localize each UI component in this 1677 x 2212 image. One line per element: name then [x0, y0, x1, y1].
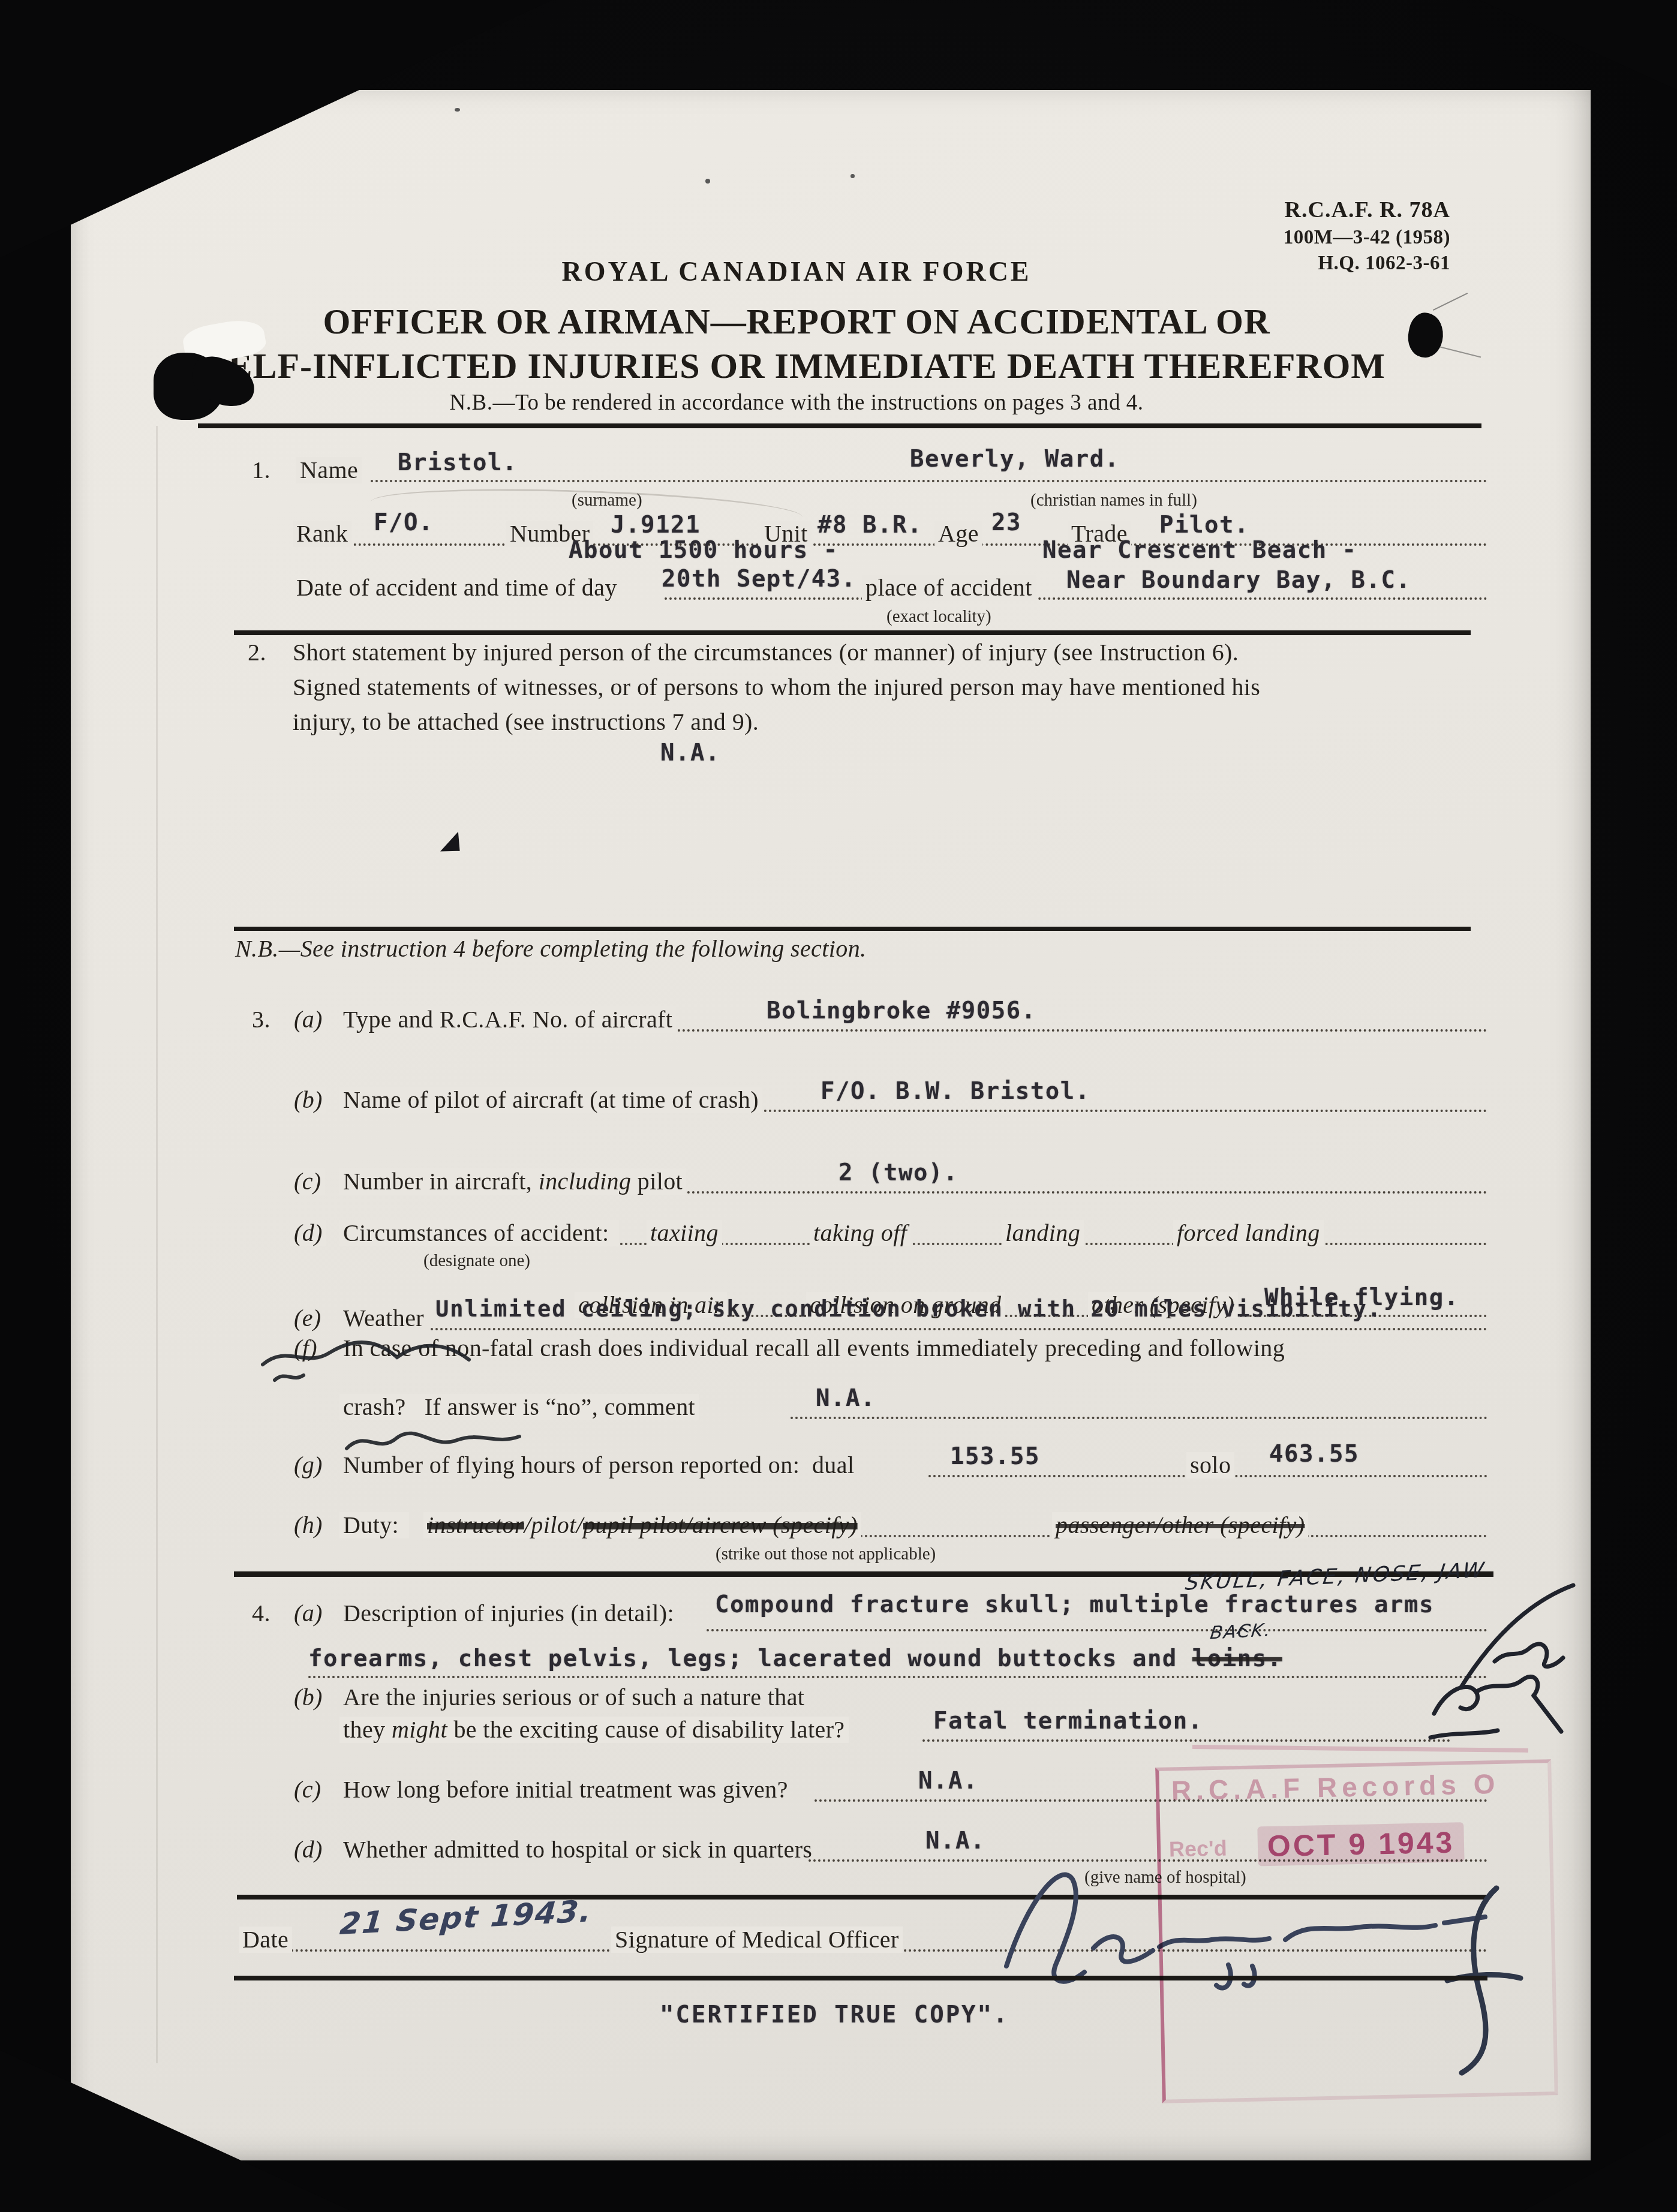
injuries-dotted-line2 [308, 1676, 1487, 1678]
item-h-number: (h) [290, 1512, 326, 1538]
ink-scribble-f [251, 1323, 563, 1478]
serious-question-line1: Are the injuries serious or of such a na… [339, 1684, 808, 1711]
place-value-line2: Near Boundary Bay, B.C. [1066, 569, 1411, 592]
item-b-number: (b) [290, 1684, 326, 1711]
section4-number: 4. [248, 1600, 274, 1627]
trade-value: Pilot. [1159, 513, 1249, 537]
divider-rule [234, 927, 1471, 931]
dual-hours-value: 153.55 [950, 1445, 1040, 1468]
handwritten-date: 21 Sept 1943. [339, 1896, 594, 1939]
item-c-number: (c) [290, 1777, 325, 1803]
scanned-document: R.C.A.F. R. 78A 100M—3-42 (1958) H.Q. 10… [0, 0, 1677, 2212]
item-d-number: (d) [290, 1220, 326, 1246]
comment-value: N.A. [816, 1387, 876, 1410]
serious-dotted-line [922, 1739, 1450, 1742]
pilot-name-label: Name of pilot of aircraft (at time of cr… [339, 1087, 762, 1113]
duty-option-passenger-struck: passenger/other (specify) [1052, 1512, 1308, 1538]
injuries-dotted-line1 [707, 1629, 1487, 1631]
rcaf-records-stamp: R.C.A.F Records O Rec'd OCT 9 1943 [1155, 1759, 1558, 2103]
label-part-italic: including [539, 1168, 632, 1195]
place-of-accident-label: place of accident [862, 575, 1036, 601]
injuries-value-line2-text: forearms, chest pelvis, legs; lacerated … [308, 1645, 1192, 1672]
loins-struck-out: loins. [1192, 1645, 1282, 1672]
forced-landing-option: forced landing [1173, 1220, 1324, 1246]
circumstances-label: Circumstances of accident: [339, 1220, 619, 1246]
label-part: Number in aircraft, [343, 1168, 539, 1195]
org-title: ROYAL CANADIAN AIR FORCE [71, 256, 1522, 287]
ink-scribble-margin-2 [1423, 1658, 1585, 1760]
label-part: they [343, 1716, 392, 1743]
designate-one-caption: (designate one) [423, 1251, 530, 1271]
weather-value: Unlimited ceiling; sky condition broken … [435, 1298, 1382, 1320]
unit-value: #8 B.R. [818, 513, 922, 537]
aircraft-type-label: Type and R.C.A.F. No. of aircraft [339, 1006, 676, 1033]
date-label: Date [239, 1927, 292, 1953]
item-a-number: (a) [290, 1006, 326, 1033]
item-d-number: (d) [290, 1837, 326, 1863]
stamp-received-date: OCT 9 1943 [1257, 1822, 1465, 1866]
paper-speck [705, 179, 710, 184]
hospital-question: Whether admitted to hospital or sick in … [339, 1837, 816, 1863]
injuries-label: Description of injuries (in detail): [339, 1600, 678, 1627]
stamp-received-label: Rec'd [1169, 1836, 1227, 1862]
solo-label: solo [1186, 1452, 1234, 1478]
label-part: pilot [631, 1168, 683, 1195]
treatment-question: How long before initial treatment was gi… [339, 1777, 792, 1803]
header-nb-note: N.B.—To be rendered in accordance with t… [71, 390, 1522, 416]
number-in-aircraft-label: Number in aircraft, including pilot [339, 1168, 686, 1195]
section3-nb-note: N.B.—See instruction 4 before completing… [232, 936, 870, 962]
date-of-accident-value: 20th Sept/43. [662, 567, 856, 591]
section3-number: 3. [248, 1006, 274, 1033]
form-title-line2: SELF-INFLICTED INJURIES OR IMMEDIATE DEA… [71, 345, 1522, 387]
christian-names-value: Beverly, Ward. [910, 447, 1120, 471]
injuries-value-line2: forearms, chest pelvis, legs; lacerated … [308, 1647, 1282, 1670]
pilot-name-value: F/O. B.W. Bristol. [821, 1080, 1090, 1103]
duty-options: instructor/pilot/pupil pilot/aircrew (sp… [423, 1512, 861, 1538]
taking-off-option: taking off [810, 1220, 910, 1246]
strike-out-caption: (strike out those not applicable) [716, 1544, 936, 1564]
pencil-smudge [370, 483, 803, 536]
christian-names-caption: (christian names in full) [1030, 491, 1197, 510]
section2-text-line1: Short statement by injured person of the… [289, 639, 1242, 666]
paper-crease [156, 426, 158, 2063]
caret-mark: ^ [1233, 1624, 1253, 1647]
duty-option-instructor-struck: instructor [427, 1511, 524, 1538]
item-b-number: (b) [290, 1087, 326, 1113]
certified-true-copy: "CERTIFIED TRUE COPY". [660, 2003, 1009, 2027]
item-a-number: (a) [290, 1600, 326, 1627]
form-print-code: 100M—3-42 (1958) [1150, 227, 1450, 249]
form-page: R.C.A.F. R. 78A 100M—3-42 (1958) H.Q. 10… [71, 90, 1591, 2160]
name-dotted-line [371, 480, 1487, 482]
age-value: 23 [991, 511, 1021, 534]
form-number: R.C.A.F. R. 78A [1150, 197, 1450, 223]
ink-mark [438, 832, 465, 856]
stamp-org-line: R.C.A.F Records O [1171, 1768, 1500, 1807]
serious-question-line2: they might be the exciting cause of disa… [339, 1717, 849, 1743]
duty-label: Duty: [339, 1512, 409, 1538]
rank-label: Rank [293, 521, 351, 547]
stamp-border [1155, 1759, 1558, 2103]
paper-speck [455, 108, 460, 112]
date-of-accident-label: Date of accident and time of day [293, 575, 621, 601]
weather-dotted-line [431, 1328, 1487, 1330]
age-label: Age [934, 521, 982, 547]
solo-hours-value: 463.55 [1269, 1442, 1359, 1466]
taxiing-option: taxiing [647, 1220, 722, 1246]
exact-locality-caption: (exact locality) [886, 607, 991, 627]
divider-rule [198, 423, 1481, 428]
paper-speck [850, 174, 855, 178]
section2-text-line3: injury, to be attached (see instructions… [289, 709, 762, 735]
number-in-aircraft-value: 2 (two). [838, 1161, 958, 1185]
injuries-value-line1: Compound fracture skull; multiple fractu… [715, 1593, 1434, 1616]
comment-dotted-line [791, 1417, 1487, 1419]
duty-option-pilot: /pilot/ [524, 1511, 583, 1538]
scan-corner-shadow [1479, 0, 1677, 90]
treatment-answer-value: N.A. [918, 1769, 978, 1793]
section2-text-line2: Signed statements of witnesses, or of pe… [289, 674, 1264, 701]
time-of-day-value: About 1500 hours - [569, 539, 838, 562]
name-label: Name [296, 457, 362, 483]
label-part: be the exciting cause of disability late… [447, 1716, 845, 1743]
label-part-italic: might [392, 1716, 447, 1743]
serious-answer-value: Fatal termination. [933, 1709, 1203, 1733]
divider-rule [234, 630, 1471, 635]
section2-number: 2. [244, 639, 270, 666]
handwritten-injury-note: SKULL, FACE, NOSE, JAW [1184, 1560, 1487, 1594]
item-c-number: (c) [290, 1168, 325, 1195]
landing-option: landing [1002, 1220, 1084, 1246]
section2-value: N.A. [660, 741, 720, 765]
date-dotted-line [665, 597, 1487, 600]
signature-label: Signature of Medical Officer [611, 1927, 903, 1953]
aircraft-type-value: Bolingbroke #9056. [767, 999, 1036, 1023]
place-value-line1: Near Crescent Beach - [1042, 539, 1357, 562]
duty-option-pupil-aircrew-struck: pupil pilot/aircrew (specify) [583, 1511, 857, 1538]
section1-number: 1. [248, 457, 274, 483]
form-title-line1: OFFICER OR AIRMAN—REPORT ON ACCIDENTAL O… [71, 301, 1522, 342]
surname-value: Bristol. [398, 451, 518, 474]
